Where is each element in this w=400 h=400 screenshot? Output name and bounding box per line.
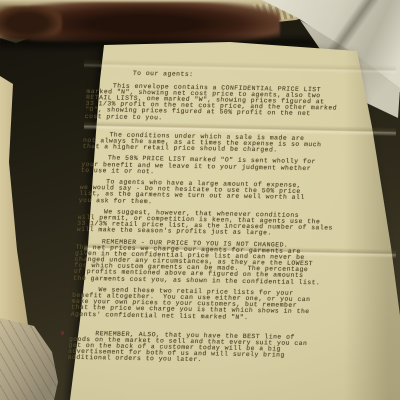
letter-paragraph: We suggest, however, that whenever condi… (76, 209, 350, 238)
letter-paragraph: The 50% PRICE LIST marked "O" is sent wh… (81, 155, 354, 178)
letter-paragraph: To agents who have a large amount of exp… (79, 179, 353, 208)
letter-paragraph: REMEMBER - OUR PRICE TO YOU IS NOT CHANG… (73, 239, 348, 287)
letter-paragraph: REMEMBER, ALSO, that you have the BEST l… (67, 330, 341, 365)
letter-text: To our agents: This envelope contains a … (67, 70, 360, 371)
letter-paragraph: We send these two retail price lists for… (70, 287, 344, 322)
photo-of-letter: To our agents: This envelope contains a … (0, 0, 400, 400)
letter-paragraph: This envelope contains a CONFIDENTIAL PR… (84, 83, 359, 125)
letter-paragraph: The conditions under which a sale is mad… (82, 132, 355, 155)
